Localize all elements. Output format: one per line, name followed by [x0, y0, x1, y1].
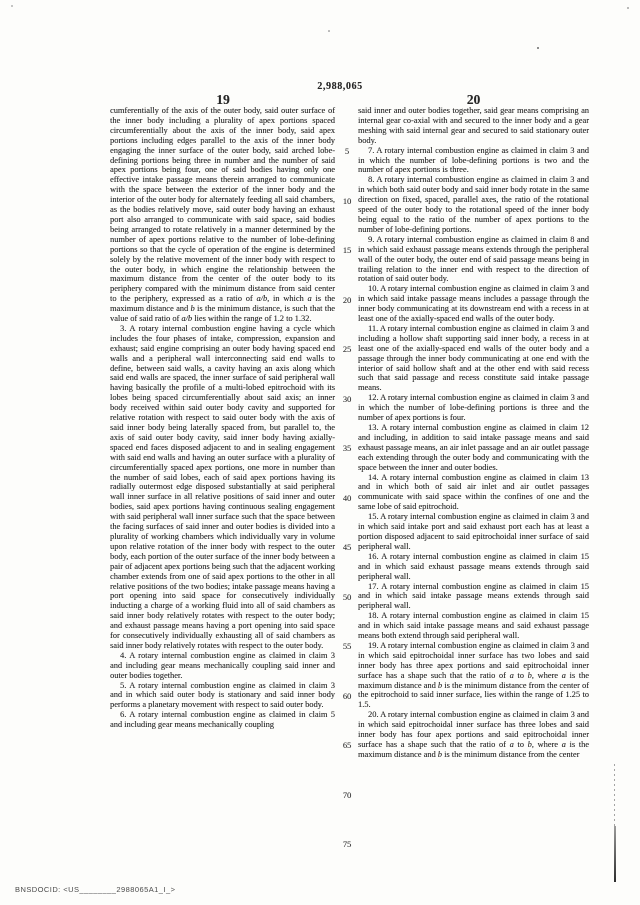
right-column: said inner and outer bodies together, sa… — [358, 106, 589, 760]
line-number: 65 — [337, 741, 357, 751]
claim-text: , where — [532, 740, 562, 749]
line-number: 55 — [337, 642, 357, 652]
claim-paragraph: 11. A rotary internal combustion engine … — [358, 324, 589, 393]
line-number: 70 — [337, 791, 357, 801]
scan-artifact-speck — [537, 47, 539, 49]
claim-paragraph: 8. A rotary internal combustion engine a… — [358, 175, 589, 234]
claim-text: lies within the range of 1.2 to 1.32. — [192, 314, 311, 323]
claim-text: , in which — [267, 294, 307, 303]
claim-text: 8. A rotary internal combustion engine a… — [358, 175, 589, 234]
scan-artifact-speck — [11, 5, 13, 7]
claim-paragraph: 14. A rotary internal combustion engine … — [358, 473, 589, 513]
claim-text: 6. A rotary internal combustion engine a… — [110, 710, 335, 729]
patent-number: 2,988,065 — [240, 81, 440, 92]
claim-paragraph: 20. A rotary internal combustion engine … — [358, 710, 589, 760]
claim-paragraph: 19. A rotary internal combustion engine … — [358, 641, 589, 710]
claim-text: cumferentially of the axis of the outer … — [110, 106, 335, 303]
claim-text: 18. A rotary internal combustion engine … — [358, 611, 589, 640]
claim-text: , where — [532, 671, 562, 680]
claim-paragraph: cumferentially of the axis of the outer … — [110, 106, 335, 324]
line-number: 45 — [337, 543, 357, 553]
italic-variable: a/b — [181, 314, 192, 323]
line-number-gutter: 51015202530354045505560657075 — [337, 106, 357, 860]
line-number: 10 — [337, 197, 357, 207]
claim-paragraph: said inner and outer bodies together, sa… — [358, 106, 589, 146]
claim-text: 4. A rotary internal combustion engine a… — [110, 651, 335, 680]
claim-text: 17. A rotary internal combustion engine … — [358, 582, 589, 611]
line-number: 5 — [337, 147, 357, 157]
line-number: 50 — [337, 593, 357, 603]
claim-text: 5. A rotary internal combustion engine a… — [110, 681, 335, 710]
claim-text: 13. A rotary internal combustion engine … — [358, 423, 589, 472]
scan-artifact-solid-line — [614, 826, 616, 882]
claim-paragraph: 10. A rotary internal combustion engine … — [358, 284, 589, 324]
claim-text: to — [514, 740, 528, 749]
claim-text: to — [514, 671, 528, 680]
patent-page-scan: 2,988,065 19 20 cumferentially of the ax… — [0, 0, 640, 905]
claim-text: 9. A rotary internal combustion engine a… — [358, 235, 589, 284]
claim-text: 3. A rotary internal combustion engine h… — [110, 324, 335, 650]
claim-paragraph: 12. A rotary internal combustion engine … — [358, 393, 589, 423]
scan-artifact-speck — [328, 30, 330, 32]
line-number: 30 — [337, 395, 357, 405]
claim-text: 16. A rotary internal combustion engine … — [358, 552, 589, 581]
scan-artifact-speck — [627, 7, 629, 9]
claim-paragraph: 4. A rotary internal combustion engine a… — [110, 651, 335, 681]
claim-paragraph: 9. A rotary internal combustion engine a… — [358, 235, 589, 285]
claim-text: 14. A rotary internal combustion engine … — [358, 473, 589, 512]
claim-paragraph: 13. A rotary internal combustion engine … — [358, 423, 589, 473]
left-column: cumferentially of the axis of the outer … — [110, 106, 335, 730]
line-number: 75 — [337, 840, 357, 850]
claim-text: 7. A rotary internal combustion engine a… — [358, 146, 589, 175]
line-number: 60 — [337, 692, 357, 702]
claim-paragraph: 5. A rotary internal combustion engine a… — [110, 681, 335, 711]
claim-paragraph: 16. A rotary internal combustion engine … — [358, 552, 589, 582]
claim-paragraph: 17. A rotary internal combustion engine … — [358, 582, 589, 612]
claim-paragraph: 18. A rotary internal combustion engine … — [358, 611, 589, 641]
docid-footer: BNSDOCID: <US________2988065A1_I_> — [15, 885, 175, 894]
line-number: 35 — [337, 444, 357, 454]
line-number: 40 — [337, 494, 357, 504]
claim-paragraph: 15. A rotary internal combustion engine … — [358, 512, 589, 552]
claim-paragraph: 3. A rotary internal combustion engine h… — [110, 324, 335, 651]
claim-text: 10. A rotary internal combustion engine … — [358, 284, 589, 323]
claim-text: 15. A rotary internal combustion engine … — [358, 512, 589, 551]
line-number: 20 — [337, 296, 357, 306]
claim-text: is the minimum distance from the center — [442, 750, 579, 759]
claim-text: 12. A rotary internal combustion engine … — [358, 393, 589, 422]
line-number: 25 — [337, 345, 357, 355]
italic-variable: a/b — [256, 294, 267, 303]
claim-paragraph: 7. A rotary internal combustion engine a… — [358, 146, 589, 176]
line-number: 15 — [337, 246, 357, 256]
claim-text: 11. A rotary internal combustion engine … — [358, 324, 589, 392]
claims-text-block: cumferentially of the axis of the outer … — [110, 106, 592, 860]
claim-paragraph: 6. A rotary internal combustion engine a… — [110, 710, 335, 730]
claim-text: said inner and outer bodies together, sa… — [358, 106, 589, 145]
scan-artifact-dashed-line — [614, 764, 615, 826]
